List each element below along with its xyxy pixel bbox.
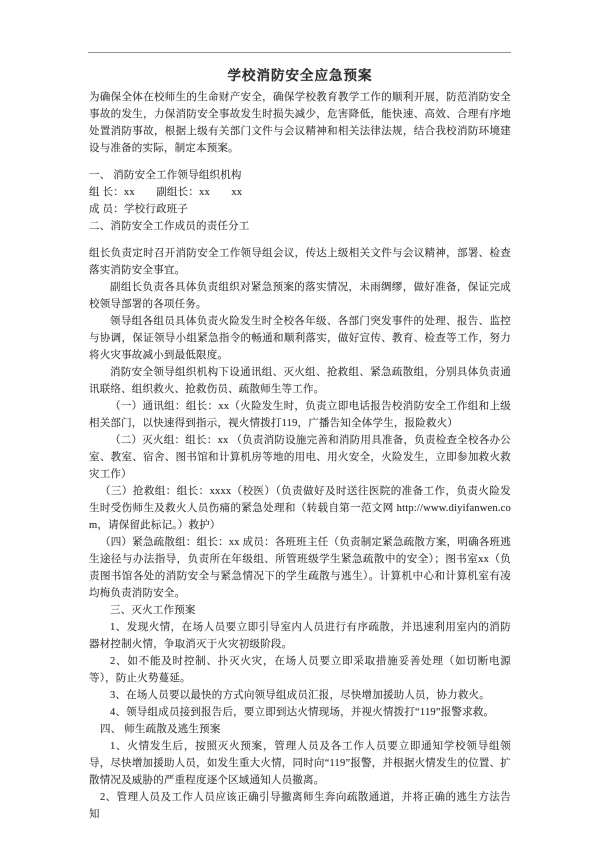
intro-paragraph: 为确保全体在校师生的生命财产安全，确保学校教育教学工作的顺利开展，防范消防安全事… bbox=[89, 89, 511, 157]
member-line: 成 员：学校行政班子 bbox=[89, 201, 511, 218]
document-title: 学校消防安全应急预案 bbox=[89, 64, 511, 84]
firefighting-step-4: 4、领导组成员接到报告后，要立即到达火情现场，并视火情拨打“119”报警求救。 bbox=[89, 704, 511, 721]
firefighting-step-2: 2、如不能及时控制、扑灭火灾，在场人员要立即采取措施妥善处理（如切断电源等），防… bbox=[89, 653, 511, 687]
blank-line bbox=[89, 235, 511, 245]
evacuation-step-2: 2、管理人员及工作人员应该正确引导撤离师生奔向疏散通道，并将正确的逃生方法告知 bbox=[89, 789, 511, 823]
duty-members-paragraph: 领导组各组员具体负责火险发生时全校各年级、各部门突发事件的处理、报告、监控与协调… bbox=[89, 313, 511, 364]
header-rule bbox=[88, 52, 511, 53]
blank-line bbox=[89, 157, 511, 167]
document-content: 学校消防安全应急预案 为确保全体在校师生的生命财产安全，确保学校教育教学工作的顺… bbox=[89, 64, 511, 823]
evacuation-step-1: 1、火情发生后，按照灭火预案，管理人员及各工作人员要立即通知学校领导组领导，尽快… bbox=[89, 738, 511, 789]
firefighting-step-3: 3、在场人员要以最快的方式向领导组成员汇报，尽快增加援助人员，协力救火。 bbox=[89, 687, 511, 704]
section-2-heading: 二、消防安全工作成员的责任分工 bbox=[89, 218, 511, 235]
duty-deputy-paragraph: 副组长负责各具体负责组织对紧急预案的落实情况，未雨绸缪，做好准备，保证完成校领导… bbox=[89, 279, 511, 313]
group-3-rescue-paragraph: （三）抢救组：组长：xxxx（校医）（负责做好及时送往医院的准备工作，负责火险发… bbox=[89, 483, 511, 534]
group-4-evacuation-paragraph: （四）紧急疏散组：组长：xx 成员：各班班主任（负责制定紧急疏散方案，明确各班逃… bbox=[89, 534, 511, 602]
document-page: 学校消防安全应急预案 为确保全体在校师生的生命财产安全，确保学校教育教学工作的顺… bbox=[0, 0, 600, 849]
leader-line: 组 长：xx 副组长：xx xx bbox=[89, 184, 511, 201]
section-4-heading: 四、 师生疏散及逃生预案 bbox=[89, 721, 511, 738]
group-1-communication-paragraph: （一）通讯组：组长：xx（火险发生时，负责立即电话报告校消防安全工作组和上级相关… bbox=[89, 398, 511, 432]
section-1-heading: 一、 消防安全工作领导组织机构 bbox=[89, 167, 511, 184]
group-2-firefighting-paragraph: （二）灭火组：组长：xx （负责消防设施完善和消防用具准备，负责检查全校各办公室… bbox=[89, 432, 511, 483]
firefighting-step-1: 1、发现火情，在场人员要立即引导室内人员进行有序疏散，并迅速利用室内的消防器材控… bbox=[89, 619, 511, 653]
section-3-heading: 三、灭火工作预案 bbox=[89, 602, 511, 619]
sub-groups-paragraph: 消防安全领导组织机构下设通讯组、灭火组、抢救组、紧急疏散组，分别具体负责通讯联络… bbox=[89, 364, 511, 398]
duty-leader-paragraph: 组长负责定时召开消防安全工作领导组会议，传达上级相关文件与会议精神，部署、检查落… bbox=[89, 245, 511, 279]
